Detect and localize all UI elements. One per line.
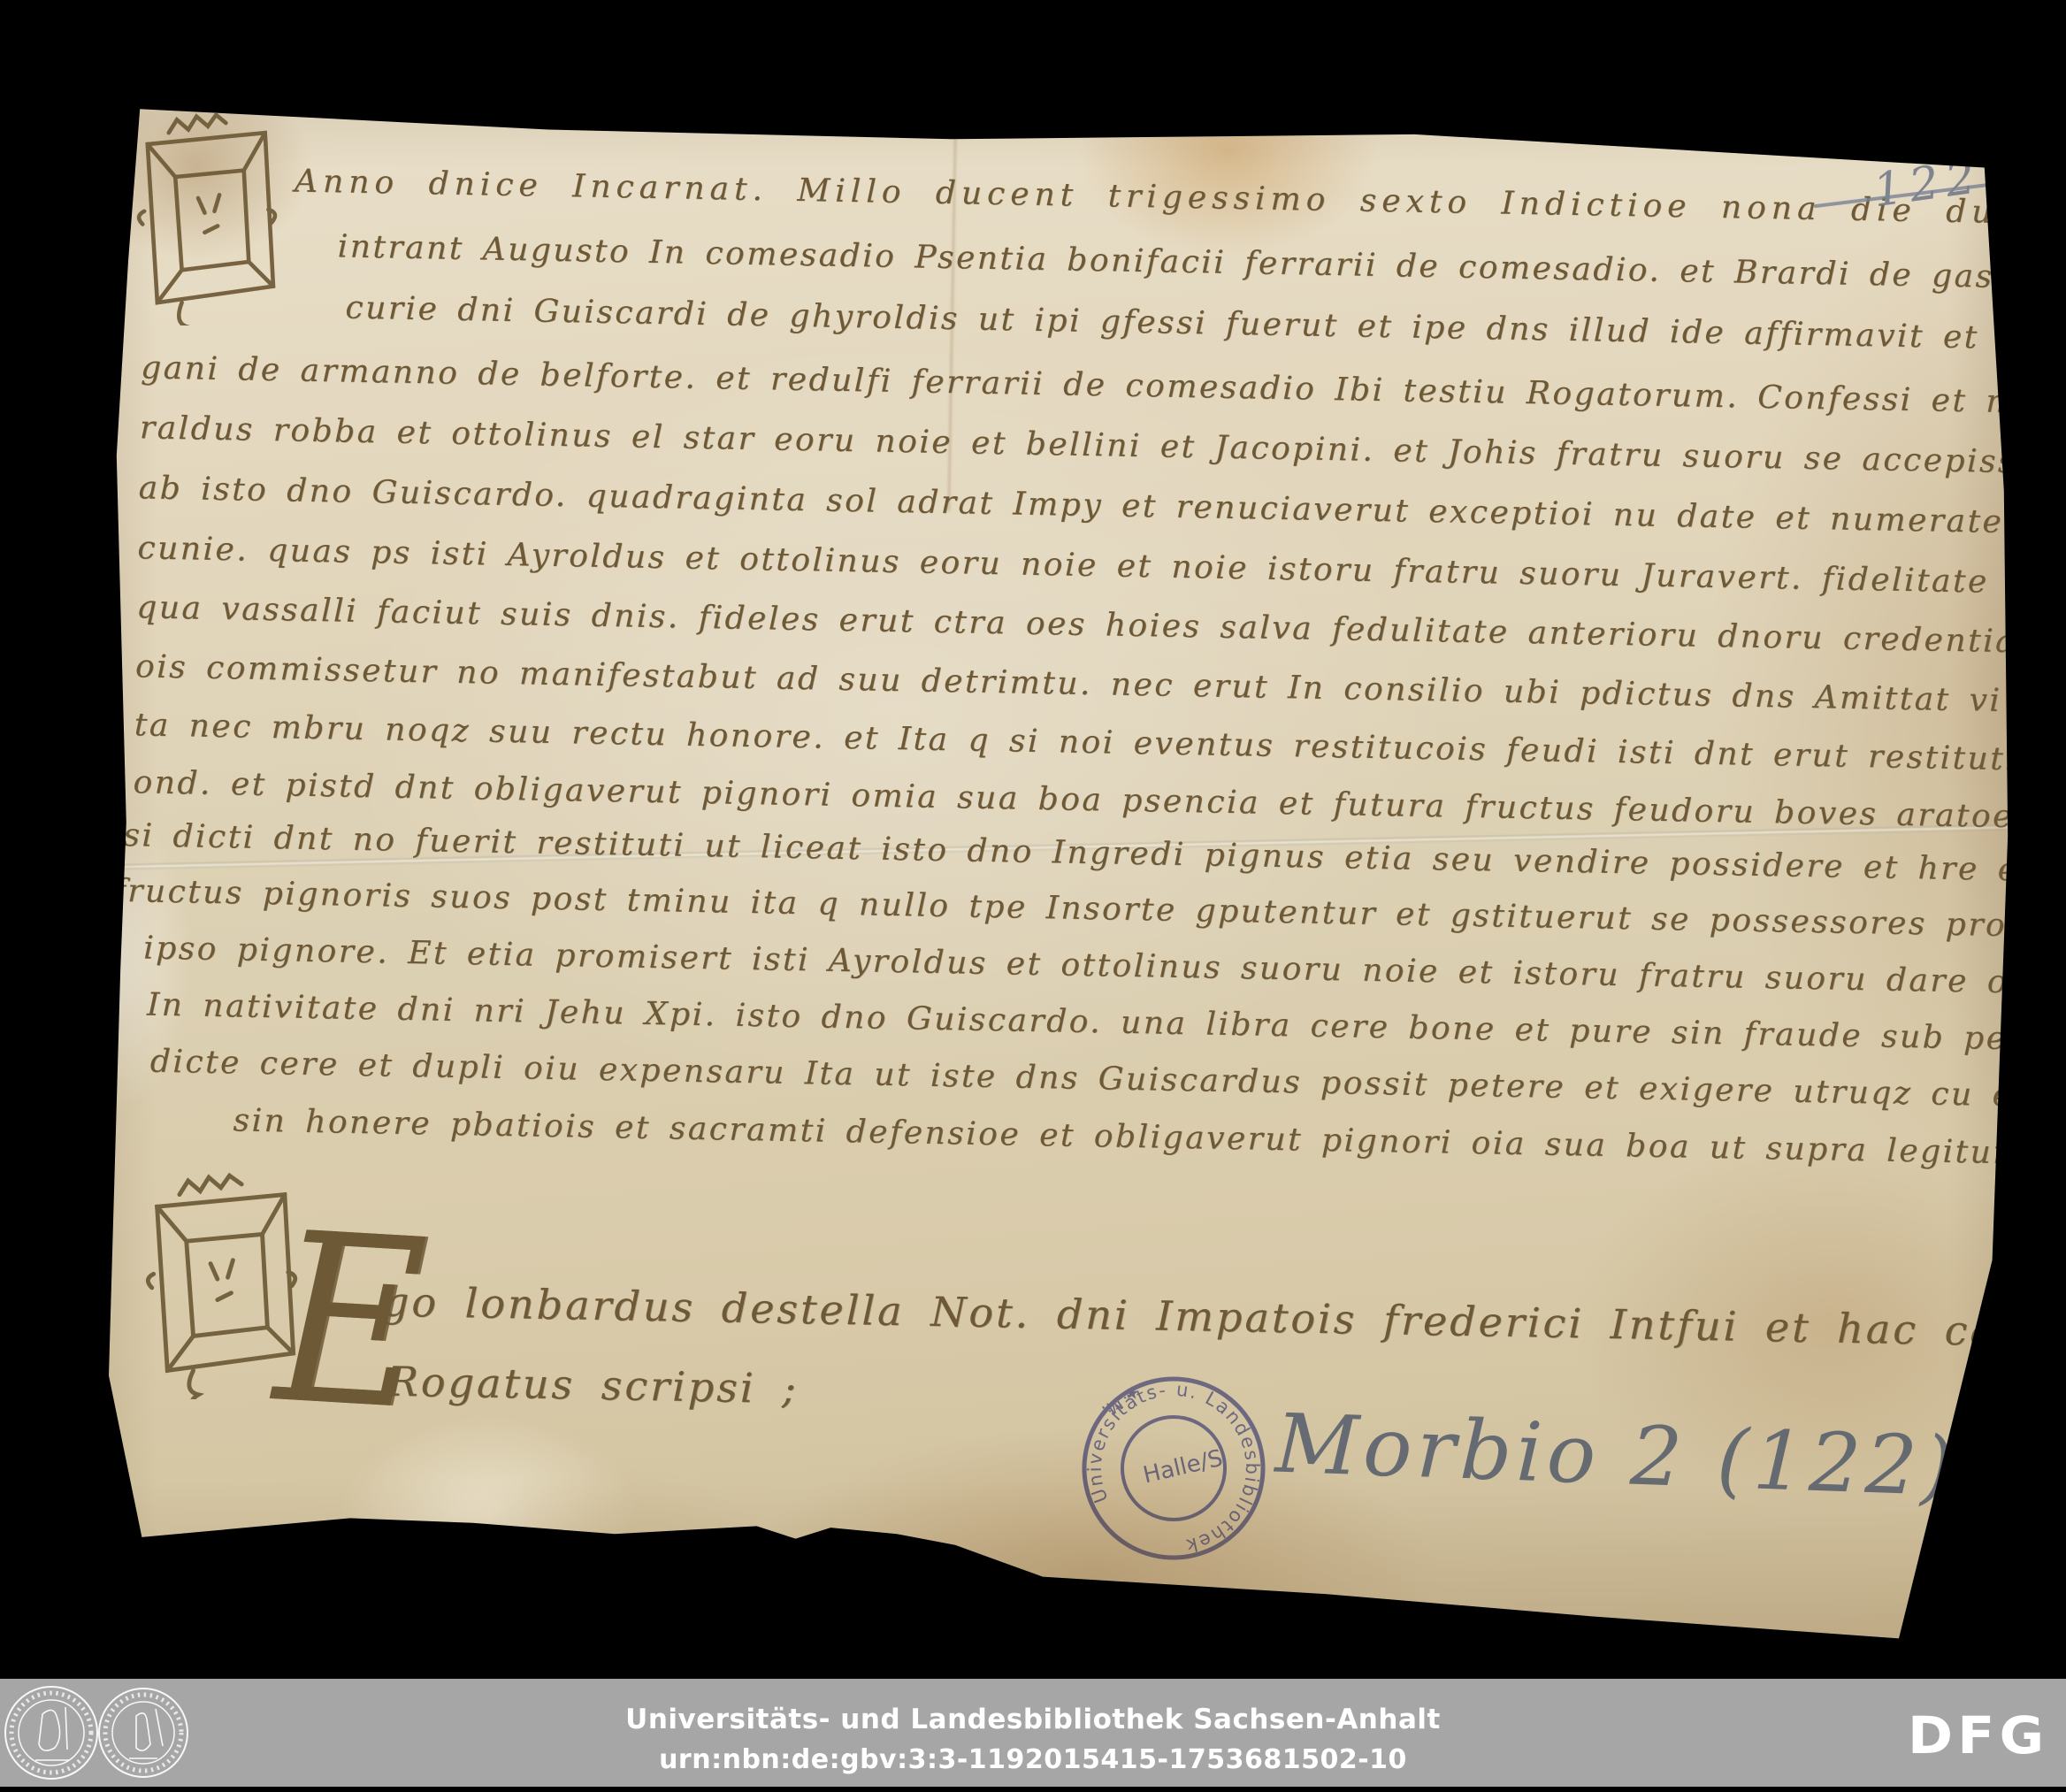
manuscript-line: sin honere pbatiois et sacramti defensio… <box>233 1102 2019 1171</box>
manuscript-line: intrant Augusto In comesadio Psentia bon… <box>337 228 2066 300</box>
parchment-sheet: Anno dnice Incarnat. Millo ducent triges… <box>80 88 2025 1672</box>
footer-library-name: Universitäts- und Landesbibliothek Sachs… <box>0 1704 2066 1735</box>
footer-urn: urn:nbn:de:gbv:3:3-1192015415-1753681502… <box>0 1744 2066 1775</box>
manuscript-line: ta nec mbru noqz suu rectu honore. et It… <box>134 707 2066 779</box>
manuscript-line: ois commissetur no manifestabut ad suu d… <box>135 648 2002 719</box>
digitized-charter-page: Anno dnice Incarnat. Millo ducent triges… <box>0 0 2066 1792</box>
manuscript-line: ab isto dno Guiscardo. quadraginta sol a… <box>138 470 2066 543</box>
dfg-logo: DFG <box>1908 1705 2048 1765</box>
manuscript-line: cunie. quas ps isti Ayroldus et ottolinu… <box>137 530 2066 604</box>
stamp-center-text: Halle/S <box>1141 1445 1226 1490</box>
notary-subscription-line: Rogatus scripsi ; <box>387 1358 799 1413</box>
manuscript-line: curie dni Guiscardi de ghyroldis ut ipi … <box>345 290 2066 360</box>
manuscript-line: raldus robba et ottolinus el star eoru n… <box>140 410 2066 484</box>
manuscript-line: qua vassalli faciut suis dnis. fideles e… <box>136 589 2066 661</box>
notary-subscription-line: go lonbardus destella Not. dni Impatois … <box>382 1278 2066 1358</box>
manuscript-line: Anno dnice Incarnat. Millo ducent triges… <box>295 163 2066 234</box>
manuscript-line: dicte cere et dupli oiu expensaru Ita ut… <box>149 1044 2066 1116</box>
footer-bar: Universitäts- und Landesbibliothek Sachs… <box>0 1679 2066 1787</box>
